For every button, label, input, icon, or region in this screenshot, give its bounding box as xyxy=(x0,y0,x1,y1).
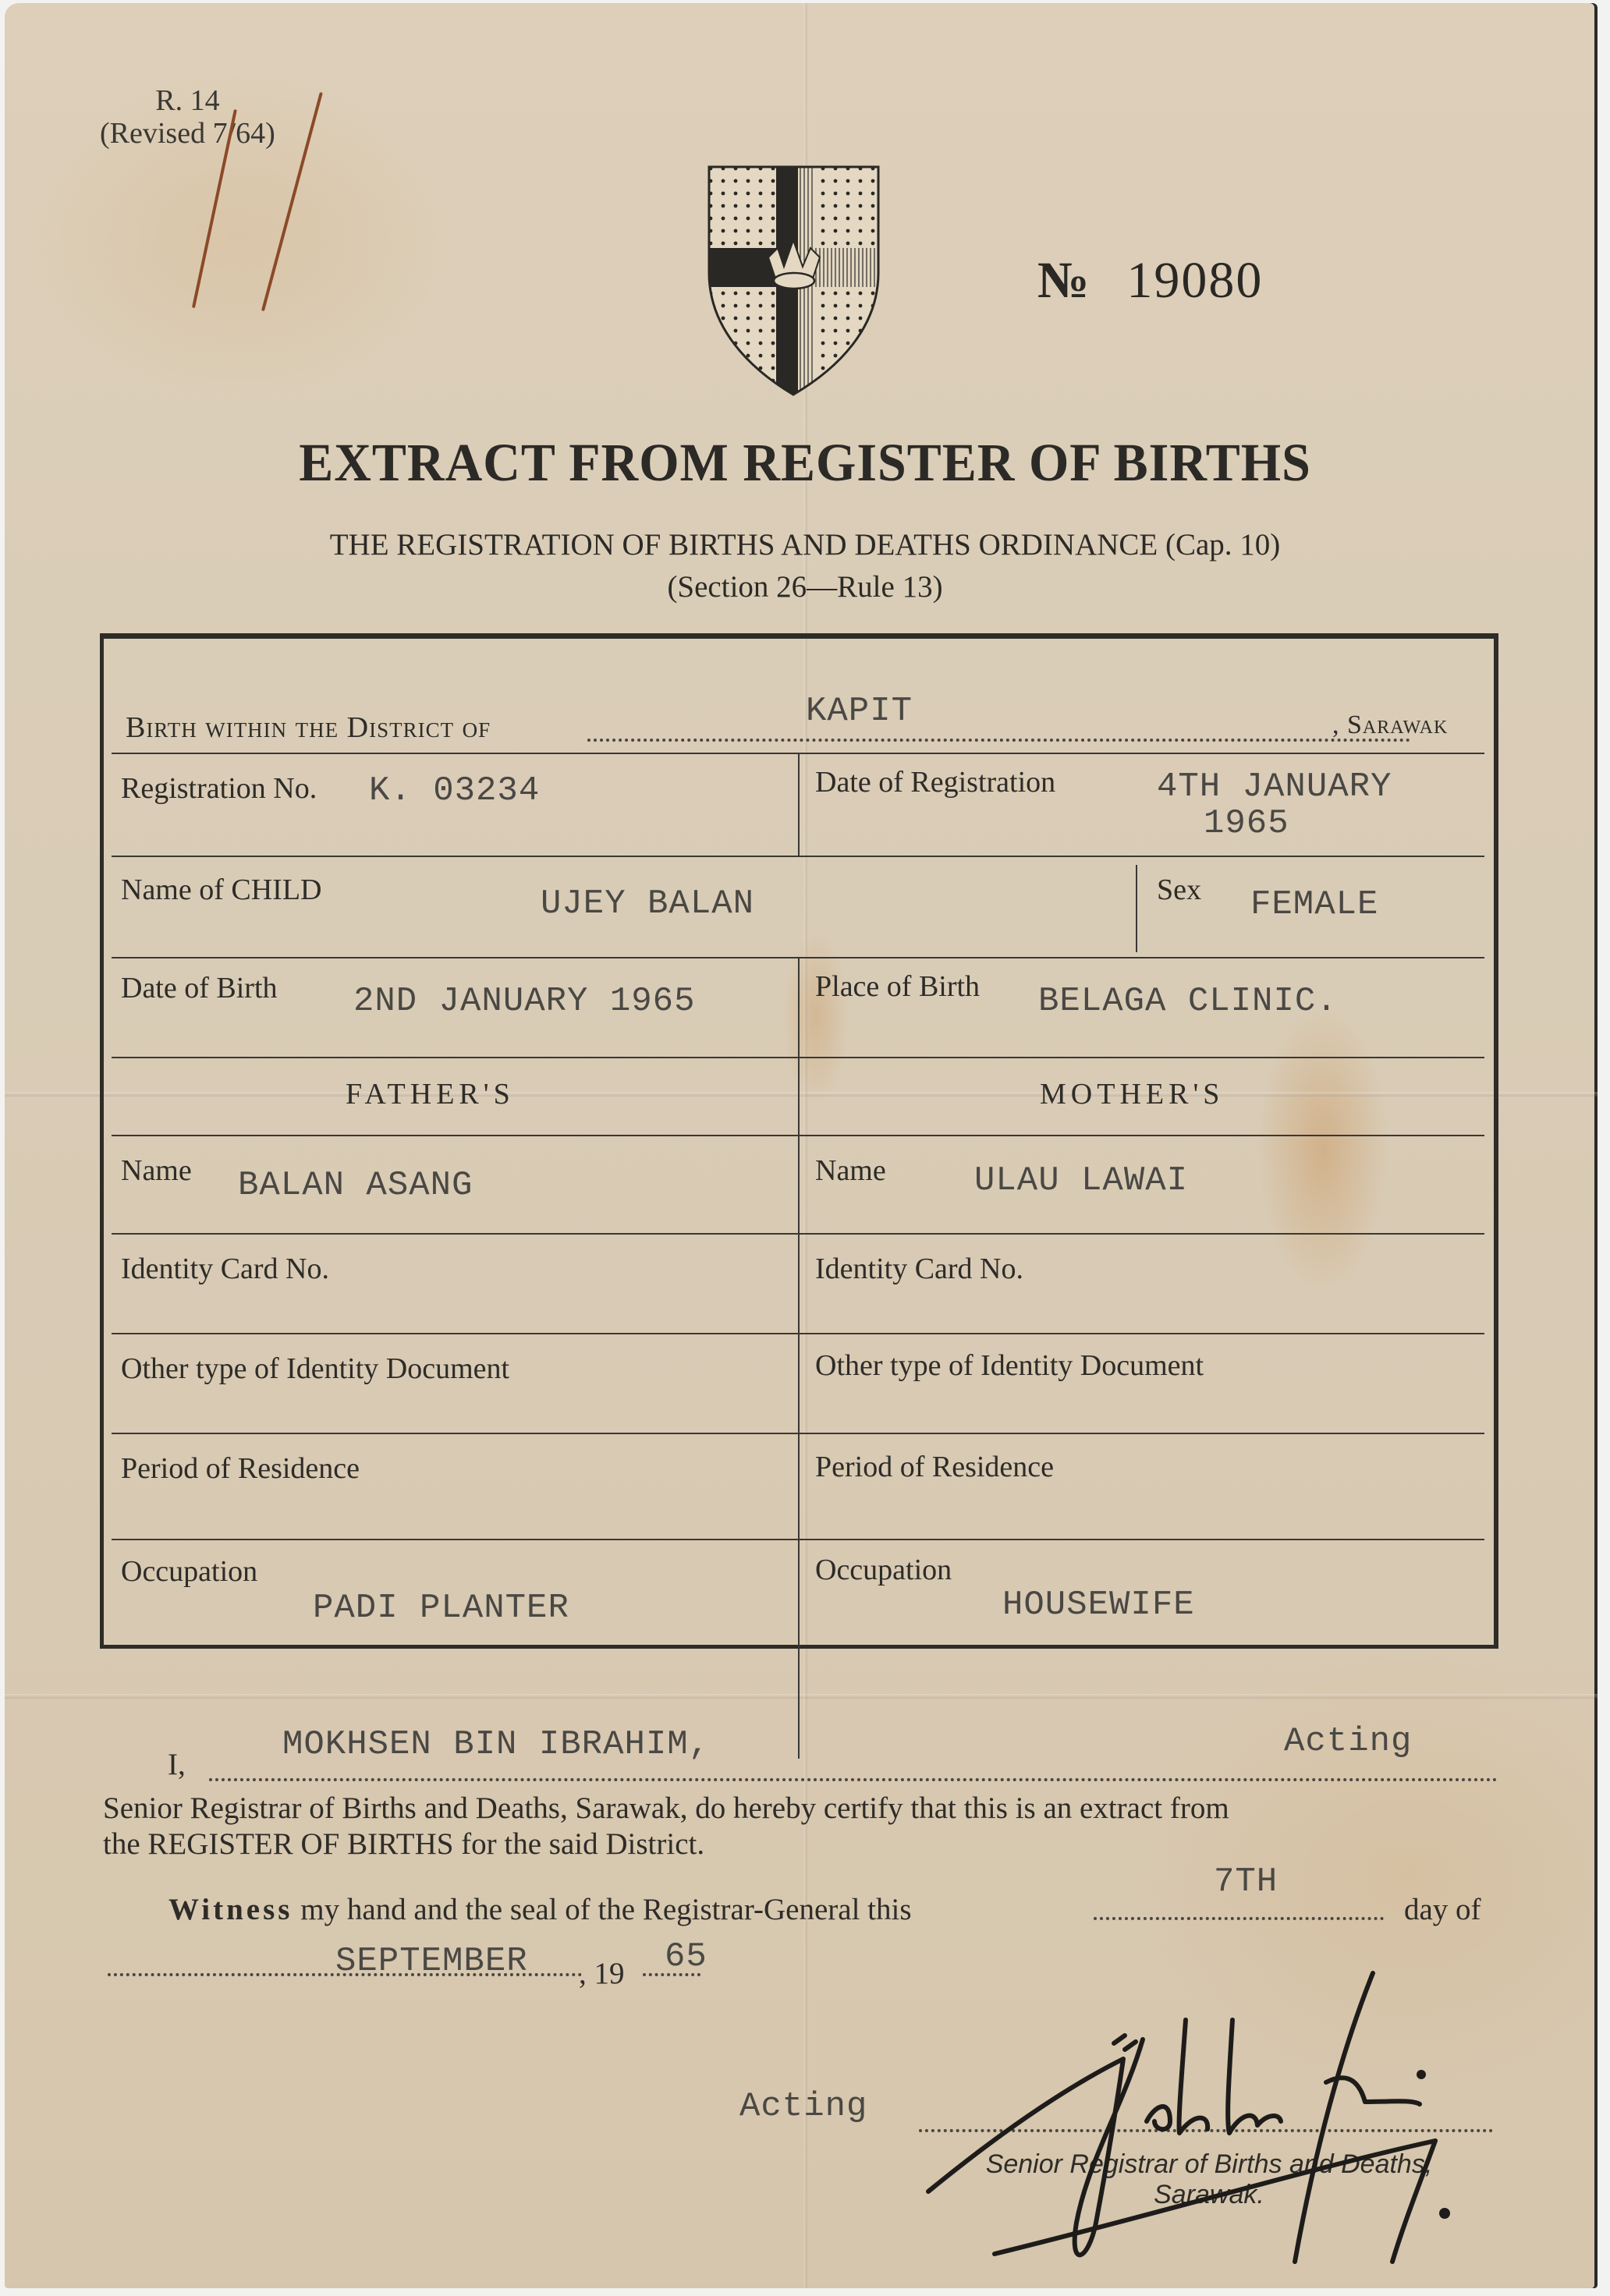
father-occupation-value: PADI PLANTER xyxy=(313,1589,569,1628)
birth-register-form: Birth within the District of KAPIT , Sar… xyxy=(100,633,1498,1649)
mother-name-label: Name xyxy=(815,1153,886,1188)
registrar-name: MOKHSEN BIN IBRAHIM, xyxy=(282,1725,710,1764)
date-of-birth-value: 2ND JANUARY 1965 xyxy=(353,982,695,1021)
place-of-birth-value: BELAGA CLINIC. xyxy=(1038,982,1338,1021)
form-code: R. 14 xyxy=(100,84,275,117)
registrar-name-dotted-line xyxy=(209,1778,1498,1781)
witness-line: Witness my hand and the seal of the Regi… xyxy=(168,1892,912,1927)
district-dotted-line xyxy=(587,739,1410,742)
father-heading: FATHER'S xyxy=(346,1077,515,1111)
father-ic-label: Identity Card No. xyxy=(121,1252,329,1286)
registration-no-value: K. 03234 xyxy=(369,771,540,810)
document-section: (Section 26—Rule 13) xyxy=(0,569,1610,604)
child-name-value: UJEY BALAN xyxy=(541,884,754,923)
mother-ic-label: Identity Card No. xyxy=(815,1252,1023,1286)
fold-crease-horizontal-lower xyxy=(5,1694,1598,1699)
shield-crest-icon xyxy=(706,164,881,398)
child-name-label: Name of CHILD xyxy=(121,873,321,907)
date-of-registration-label: Date of Registration xyxy=(815,765,1055,799)
sex-label: Sex xyxy=(1157,873,1201,907)
handwritten-signature-icon xyxy=(920,1965,1482,2277)
registration-no-label: Registration No. xyxy=(121,771,317,806)
column-divider xyxy=(798,754,800,856)
row-divider xyxy=(112,1057,1484,1058)
mother-occupation-value: HOUSEWIFE xyxy=(1002,1586,1195,1625)
district-label: Birth within the District of xyxy=(126,710,491,745)
place-of-birth-label: Place of Birth xyxy=(815,969,980,1004)
witness-month: SEPTEMBER xyxy=(335,1942,528,1981)
father-residence-label: Period of Residence xyxy=(121,1451,360,1486)
mother-name-value: ULAU LAWAI xyxy=(974,1161,1188,1200)
date-of-registration-value-2: 1965 xyxy=(1204,804,1289,843)
acting-title-2: Acting xyxy=(739,2087,867,2126)
sex-value: FEMALE xyxy=(1250,885,1378,924)
district-suffix: , Sarawak xyxy=(1332,710,1448,740)
cert-line-1: Senior Registrar of Births and Deaths, S… xyxy=(103,1791,1229,1826)
mother-occupation-label: Occupation xyxy=(815,1553,952,1587)
witness-day: 7TH xyxy=(1214,1862,1278,1901)
document-title: EXTRACT FROM REGISTER OF BIRTHS xyxy=(0,432,1610,494)
row-divider xyxy=(112,1135,1484,1136)
mother-heading: MOTHER'S xyxy=(1040,1077,1224,1111)
day-dotted-line xyxy=(1094,1917,1384,1920)
year-prefix: , 19 xyxy=(579,1956,625,1991)
center-column-divider xyxy=(798,957,800,1759)
serial-prefix: № xyxy=(1037,252,1090,309)
row-divider xyxy=(112,1233,1484,1235)
row-divider xyxy=(112,1333,1484,1334)
father-name-label: Name xyxy=(121,1153,192,1188)
witness-year: 65 xyxy=(665,1937,707,1976)
row-divider xyxy=(112,1433,1484,1434)
witness-label: Witness xyxy=(168,1893,293,1926)
father-name-value: BALAN ASANG xyxy=(238,1166,473,1205)
serial-number: №19080 xyxy=(1037,251,1263,310)
father-occupation-label: Occupation xyxy=(121,1554,257,1589)
district-value: KAPIT xyxy=(806,692,913,731)
form-reference: R. 14 (Revised 7/64) xyxy=(100,84,275,150)
acting-title-1: Acting xyxy=(1284,1722,1412,1761)
witness-text: my hand and the seal of the Registrar-Ge… xyxy=(300,1893,911,1926)
column-divider xyxy=(1136,865,1137,952)
mother-residence-label: Period of Residence xyxy=(815,1450,1054,1484)
form-revised: (Revised 7/64) xyxy=(100,117,275,150)
mother-other-id-label: Other type of Identity Document xyxy=(815,1348,1204,1383)
day-of-label: day of xyxy=(1404,1892,1481,1927)
cert-line-2: the REGISTER OF BIRTHS for the said Dist… xyxy=(103,1827,704,1862)
cert-i-prefix: I, xyxy=(168,1747,186,1782)
document-subtitle: THE REGISTRATION OF BIRTHS AND DEATHS OR… xyxy=(0,527,1610,562)
father-other-id-label: Other type of Identity Document xyxy=(121,1352,509,1386)
serial-value: 19080 xyxy=(1126,252,1263,309)
date-of-birth-label: Date of Birth xyxy=(121,971,278,1005)
row-divider xyxy=(112,1539,1484,1540)
date-of-registration-value-1: 4TH JANUARY xyxy=(1157,767,1392,806)
row-divider xyxy=(112,856,1484,857)
